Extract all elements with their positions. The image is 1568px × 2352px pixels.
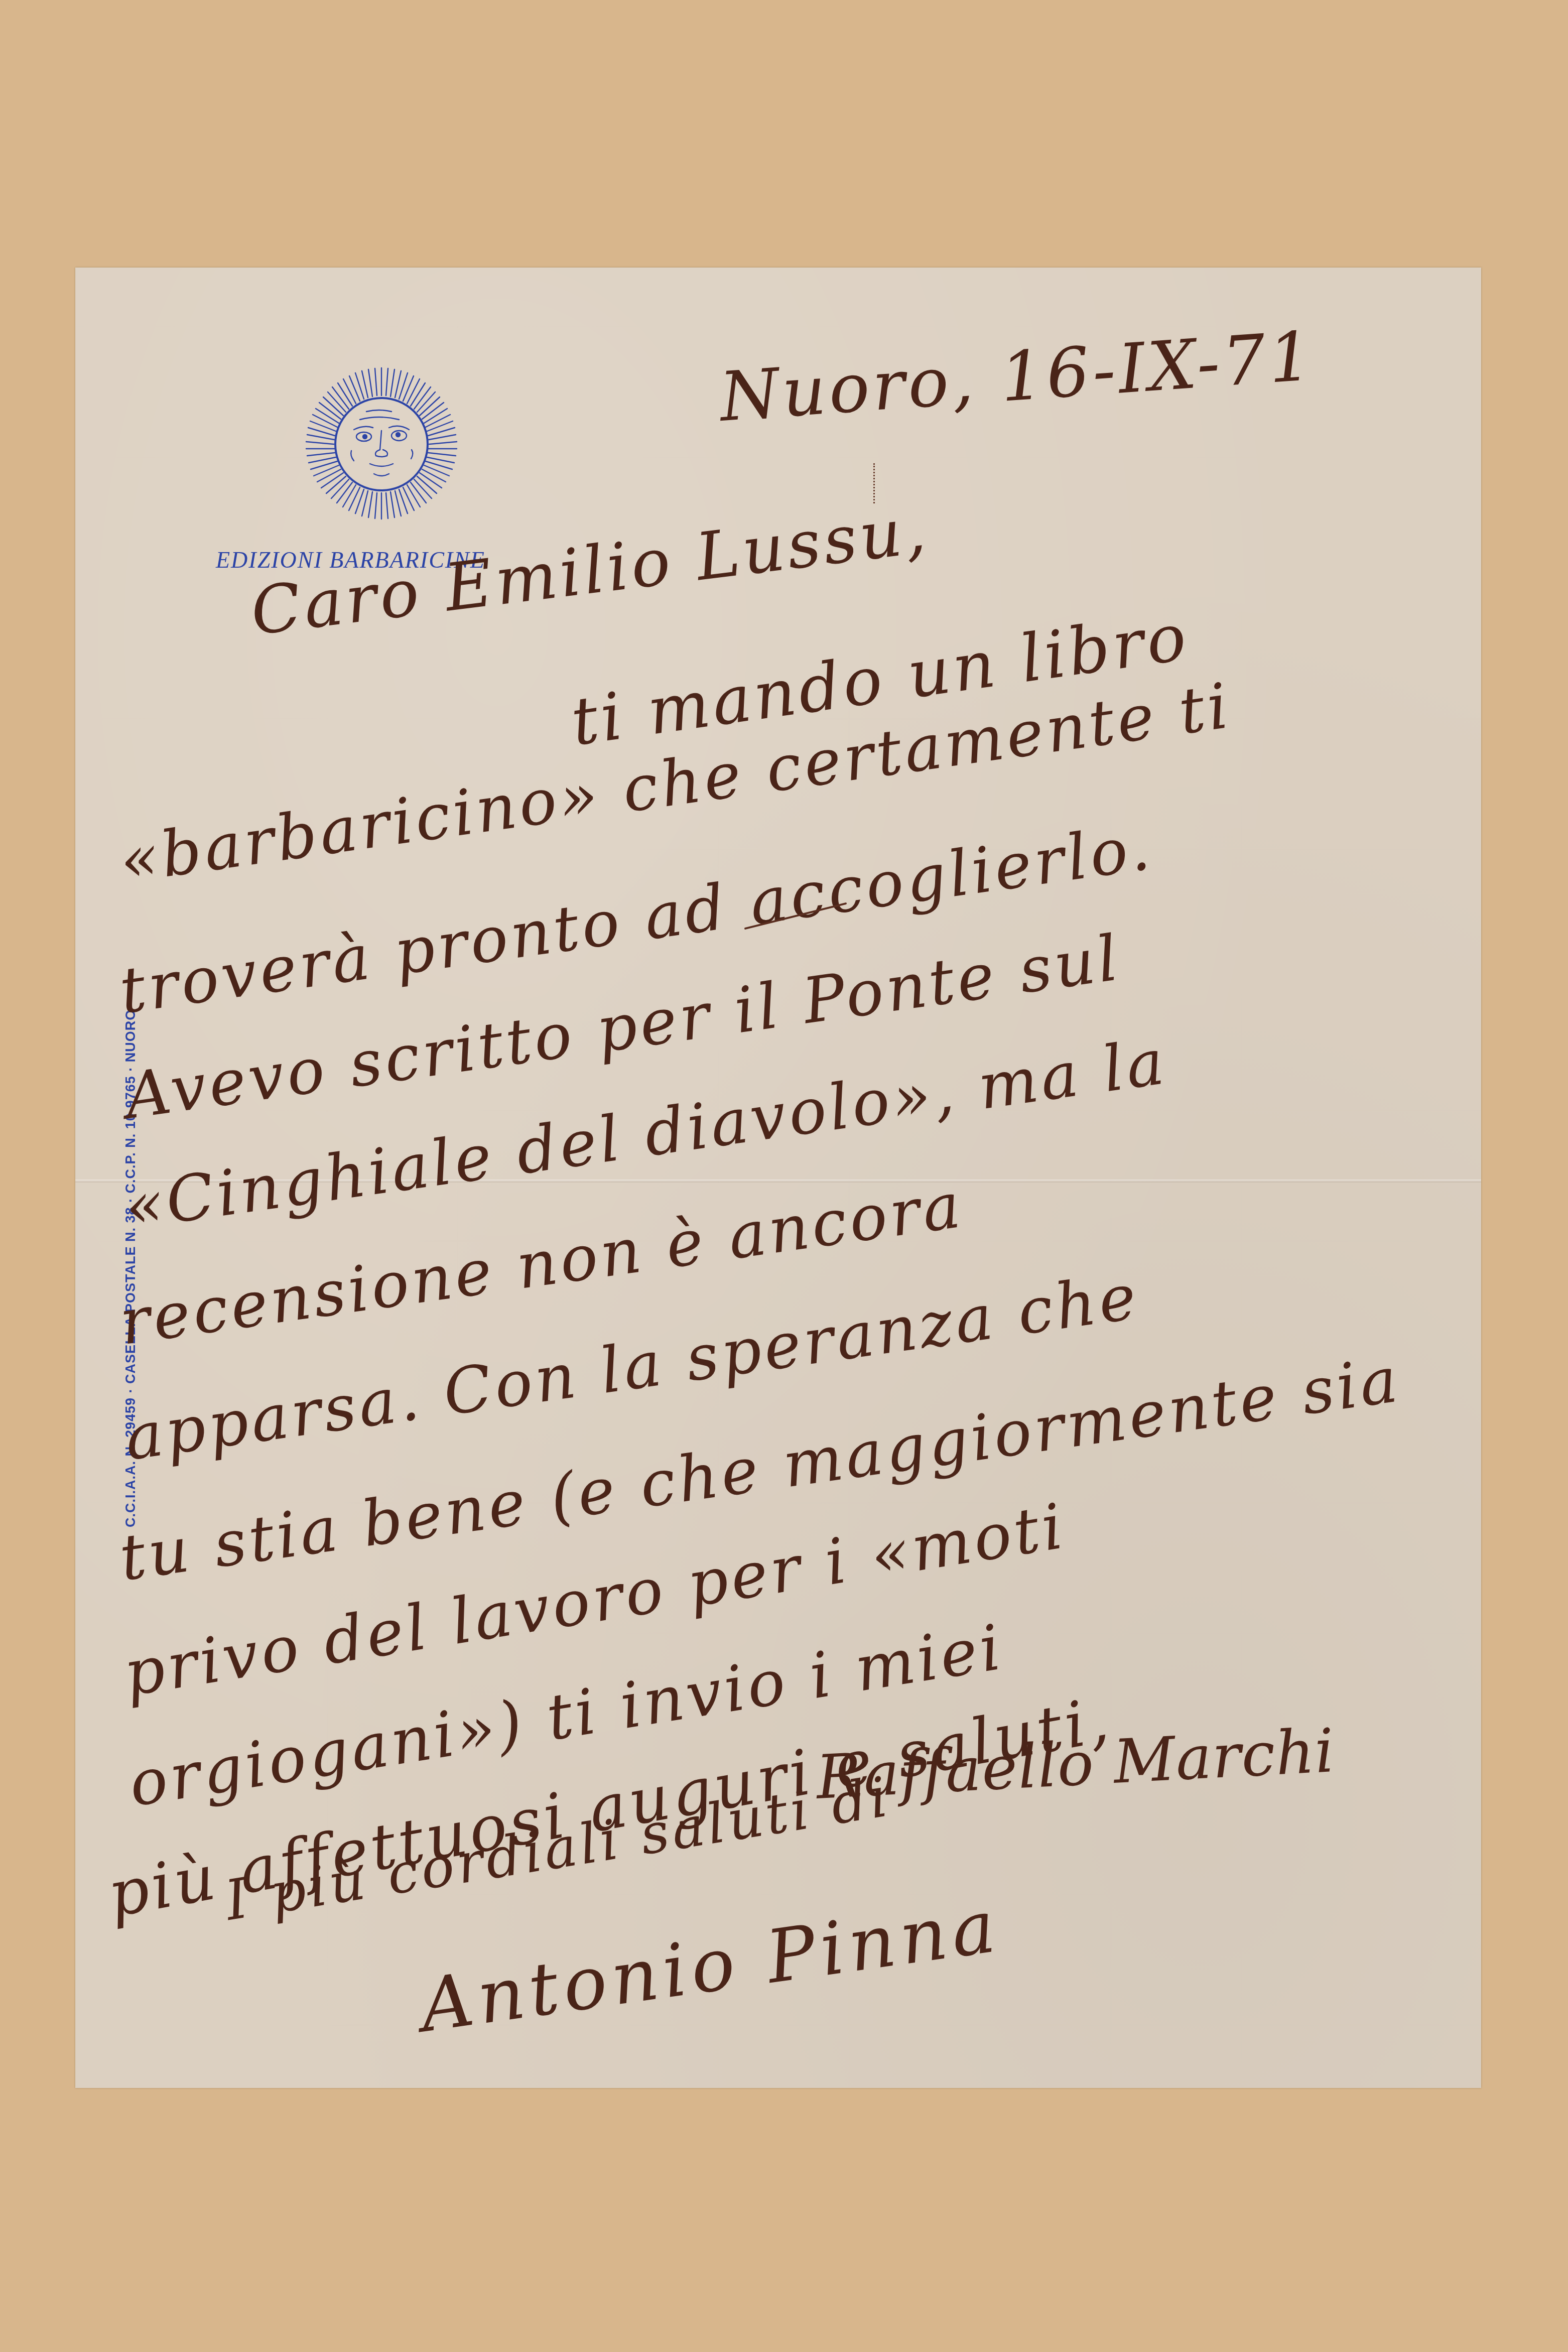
place-date: Nuoro, 16-IX-71	[717, 317, 1317, 437]
sun-face-icon	[304, 365, 459, 521]
letter-sheet: EDIZIONI BARBARICINE C.C.I.A.A. N. 29459…	[75, 268, 1481, 2088]
signature-antonio-pinna: Antonio Pinna	[415, 1884, 1005, 2049]
